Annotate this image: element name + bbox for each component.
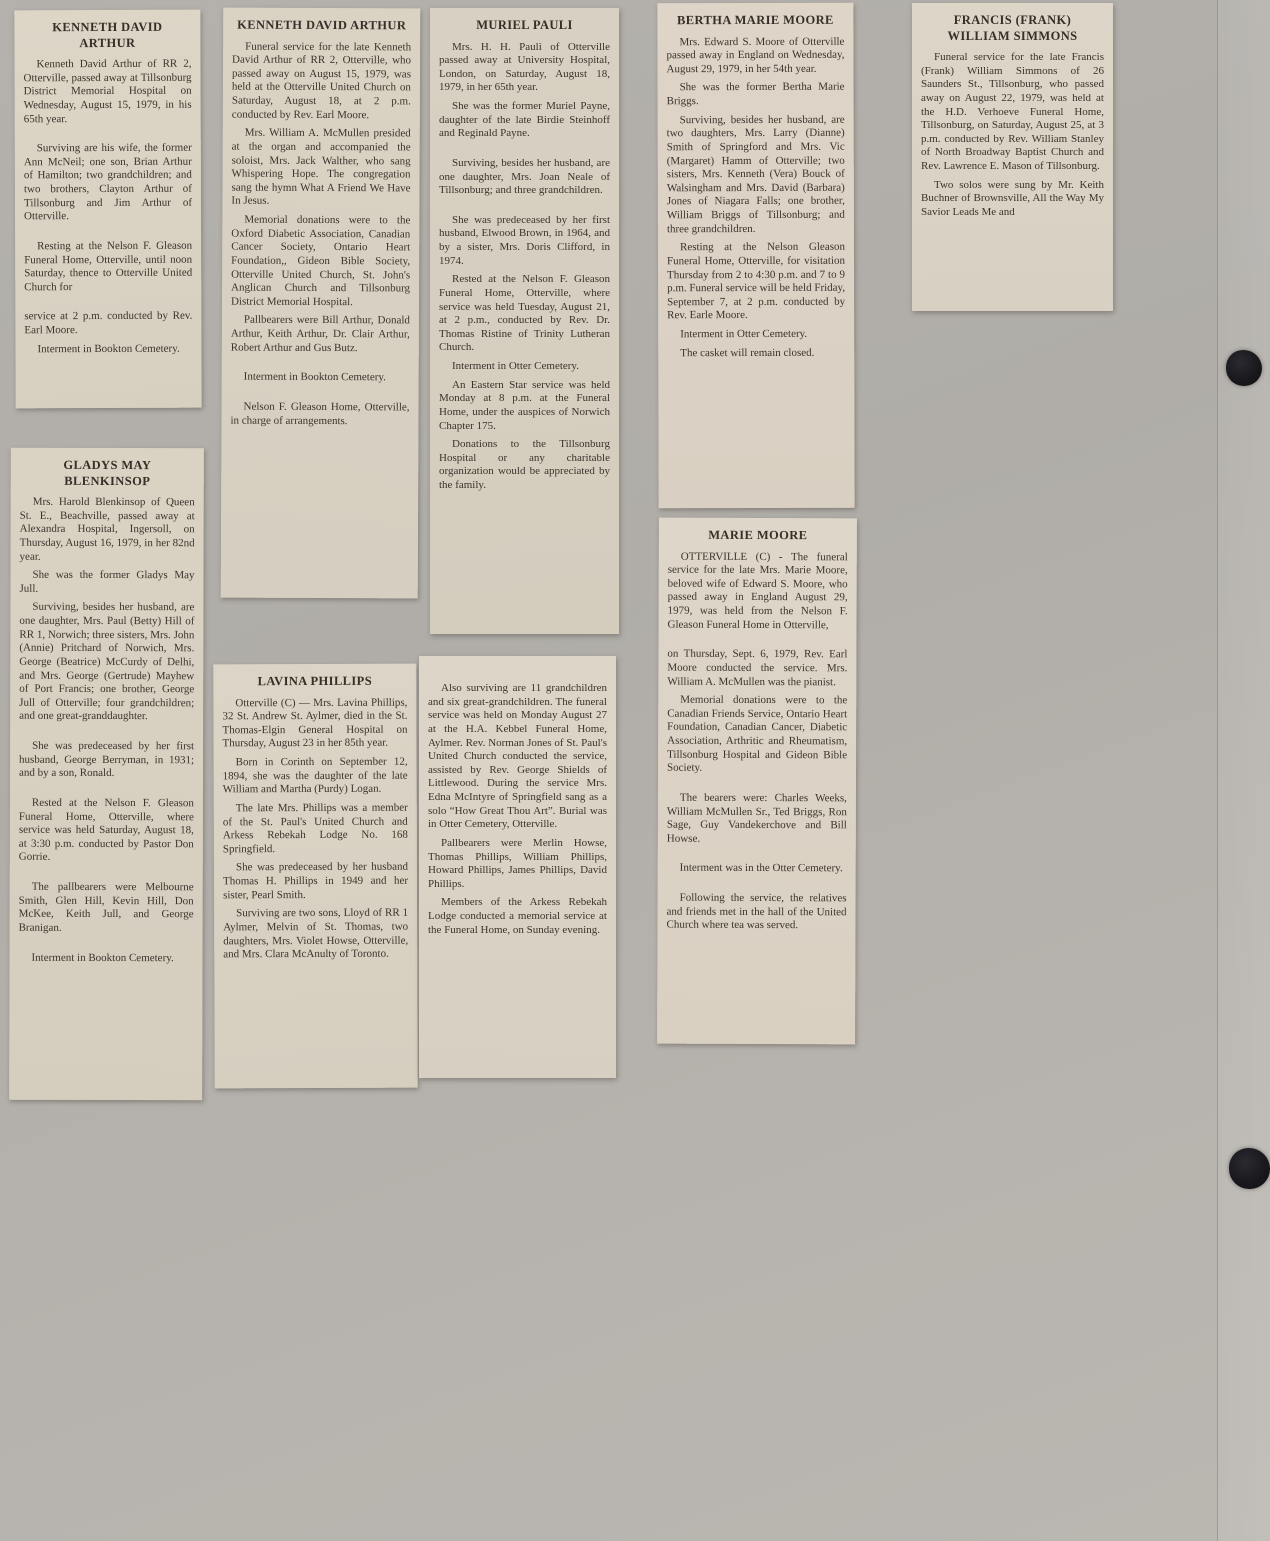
clipping-title: KENNETH DAVID ARTHUR [232, 18, 411, 34]
clipping-paragraph: service at 2 p.m. conducted by Rev. Earl… [24, 310, 192, 338]
clipping-paragraph: Surviving are two sons, Lloyd of RR 1 Ay… [223, 907, 408, 962]
clipping-paragraph: Resting at the Nelson F. Gleason Funeral… [24, 240, 192, 295]
clipping-paragraph: The bearers were: Charles Weeks, William… [667, 792, 847, 847]
clipping-paragraph: Otterville (C) — Mrs. Lavina Phillips, 3… [222, 696, 407, 751]
obituary-clipping-francis-simmons: FRANCIS (FRANK) WILLIAM SIMMONS Funeral … [912, 3, 1113, 311]
obituary-clipping-marie-moore: MARIE MOORE OTTERVILLE (C) - The funeral… [657, 518, 857, 1045]
clipping-paragraph: Rested at the Nelson F. Gleason Funeral … [19, 797, 194, 866]
clipping-paragraph: Interment in Bookton Cemetery. [18, 951, 193, 965]
clipping-paragraph: Born in Corinth on September 12, 1894, s… [223, 756, 408, 798]
clipping-paragraph: Memorial donations were to the Canadian … [667, 694, 847, 776]
clipping-paragraph: She was predeceased by her husband Thoma… [223, 861, 408, 903]
clipping-title: MURIEL PAULI [439, 18, 610, 34]
clipping-paragraph: Pallbearers were Bill Arthur, Donald Art… [231, 314, 410, 356]
clipping-paragraph: OTTERVILLE (C) - The funeral service for… [668, 550, 848, 632]
clipping-paragraph: Surviving, besides her husband, are two … [667, 113, 845, 236]
clipping-paragraph: Mrs. Edward S. Moore of Otterville passe… [666, 35, 844, 76]
clipping-paragraph: She was predeceased by her first husband… [439, 214, 610, 269]
clipping-paragraph: on Thursday, Sept. 6, 1979, Rev. Earl Mo… [667, 648, 847, 690]
page-edge-strip [1217, 0, 1270, 1541]
clipping-paragraph: She was the former Bertha Marie Briggs. [667, 81, 845, 109]
clipping-paragraph: She was the former Muriel Payne, daughte… [439, 100, 610, 141]
clipping-paragraph: The late Mrs. Phillips was a member of t… [223, 802, 408, 857]
hole-punch-bottom [1229, 1148, 1270, 1189]
clipping-paragraph: Interment in Bookton Cemetery. [24, 342, 192, 356]
obituary-clipping-lavina-phillips-continued: Also surviving are 11 grandchildren and … [419, 656, 616, 1078]
clipping-paragraph: Mrs. H. H. Pauli of Otterville passed aw… [439, 41, 610, 96]
clipping-paragraph: Funeral service for the late Kenneth Dav… [232, 40, 411, 123]
clipping-paragraph: Two solos were sung by Mr. Keith Buchner… [921, 179, 1104, 220]
clipping-paragraph: An Eastern Star service was held Monday … [439, 379, 610, 434]
clipping-paragraph: Kenneth David Arthur of RR 2, Otterville… [23, 58, 191, 127]
clipping-paragraph: She was predeceased by her first husband… [19, 740, 194, 781]
clipping-paragraph: Donations to the Tillsonburg Hospital or… [439, 438, 610, 493]
obituary-clipping-bertha-moore: BERTHA MARIE MOORE Mrs. Edward S. Moore … [657, 3, 854, 509]
obituary-clipping-lavina-phillips: LAVINA PHILLIPS Otterville (C) — Mrs. La… [213, 664, 417, 1089]
clipping-title: FRANCIS (FRANK) WILLIAM SIMMONS [921, 13, 1104, 44]
scrapbook-page: { "page": { "background_color": "#b2afaa… [0, 0, 1270, 1541]
obituary-clipping-kenneth-arthur-death: KENNETH DAVID ARTHUR Kenneth David Arthu… [14, 10, 201, 409]
obituary-clipping-gladys-blenkinsop: GLADYS MAY BLENKINSOP Mrs. Harold Blenki… [9, 448, 204, 1101]
clipping-paragraph: Pallbearers were Merlin Howse, Thomas Ph… [428, 837, 607, 892]
clipping-title: GLADYS MAY BLENKINSOP [20, 458, 195, 489]
clipping-title: MARIE MOORE [668, 528, 848, 544]
clipping-paragraph: Funeral service for the late Francis (Fr… [921, 51, 1104, 174]
clipping-paragraph: Interment was in the Otter Cemetery. [667, 862, 847, 876]
clipping-paragraph: She was the former Gladys May Jull. [19, 569, 194, 597]
hole-punch-top [1226, 350, 1262, 386]
clipping-paragraph: Mrs. Harold Blenkinsop of Queen St. E., … [20, 496, 195, 565]
clipping-paragraph: Also surviving are 11 grandchildren and … [428, 682, 607, 832]
clipping-paragraph: Nelson F. Gleason Home, Otterville, in c… [230, 400, 409, 428]
clipping-paragraph: Surviving are his wife, the former Ann M… [24, 142, 192, 224]
clipping-paragraph: Rested at the Nelson F. Gleason Funeral … [439, 273, 610, 355]
clipping-paragraph: Members of the Arkess Rebekah Lodge cond… [428, 896, 607, 937]
clipping-title: LAVINA PHILLIPS [222, 674, 407, 690]
obituary-clipping-muriel-pauli: MURIEL PAULI Mrs. H. H. Pauli of Ottervi… [430, 8, 619, 634]
clipping-title: BERTHA MARIE MOORE [666, 13, 844, 29]
clipping-paragraph: Interment in Otter Cemetery. [439, 360, 610, 374]
clipping-paragraph: Memorial donations were to the Oxford Di… [231, 214, 410, 310]
clipping-paragraph: Surviving, besides her husband, are one … [439, 157, 610, 198]
clipping-paragraph: Following the service, the relatives and… [666, 892, 846, 934]
clipping-paragraph: The casket will remain closed. [667, 346, 845, 360]
clipping-paragraph: Interment in Bookton Cemetery. [231, 371, 410, 385]
clipping-paragraph: Surviving, besides her husband, are one … [19, 601, 194, 724]
clipping-paragraph: Mrs. William A. McMullen presided at the… [231, 127, 410, 210]
clipping-paragraph: The pallbearers were Melbourne Smith, Gl… [19, 881, 194, 936]
clipping-title: KENNETH DAVID ARTHUR [23, 20, 191, 52]
clipping-paragraph: Interment in Otter Cemetery. [667, 328, 845, 342]
clipping-paragraph: Resting at the Nelson Gleason Funeral Ho… [667, 241, 845, 323]
obituary-clipping-kenneth-arthur-funeral: KENNETH DAVID ARTHUR Funeral service for… [221, 8, 421, 599]
